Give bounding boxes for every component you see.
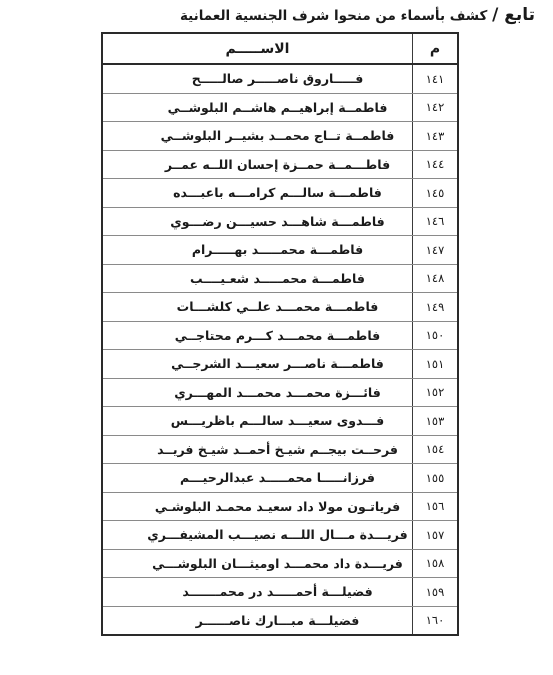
row-number: ١٥٠ (413, 321, 459, 350)
column-header-number: م (413, 33, 459, 64)
row-name: فضيلـــة أحمـــــد در محمـــــــد (102, 578, 413, 607)
row-number: ١٤١ (413, 64, 459, 93)
row-number: ١٥٤ (413, 435, 459, 464)
row-name: فريـــدة داد محمـــد اوميثـــان البلوشــ… (102, 549, 413, 578)
table-header-row: م الاســـــم (102, 33, 458, 64)
row-name: فاطمـــة محمـــــد بهـــــرام (102, 236, 413, 265)
table-row: ١٥٨فريـــدة داد محمـــد اوميثـــان البلو… (102, 549, 458, 578)
table-row: ١٤٧فاطمـــة محمـــــد بهـــــرام (102, 236, 458, 265)
table-row: ١٥٠فاطمـــة محمـــد كـــرم محتاجــي (102, 321, 458, 350)
document-title: تابع / كشف بأسماء من منحوا شرف الجنسية ا… (180, 4, 535, 27)
row-number: ١٤٦ (413, 207, 459, 236)
column-header-name: الاســـــم (102, 33, 413, 64)
table-row: ١٤١فـــــاروق ناصـــــر صالـــــح (102, 64, 458, 93)
row-number: ١٤٧ (413, 236, 459, 265)
table-row: ١٥٥فرزانـــــا محمـــــد عبدالرحيـــم (102, 464, 458, 493)
naturalization-names-table: م الاســـــم ١٤١فـــــاروق ناصـــــر صال… (101, 32, 459, 636)
row-name: فاطمـــة محمـــد علــي كلشـــات (102, 293, 413, 322)
row-number: ١٥٣ (413, 407, 459, 436)
row-name: فاطمــة إبراهيــم هاشــم البلوشــي (102, 93, 413, 122)
row-name: فـــــاروق ناصـــــر صالـــــح (102, 64, 413, 93)
row-number: ١٦٠ (413, 606, 459, 635)
row-name: فاطمــة تــاج محمــد بشيــر البلوشــي (102, 122, 413, 151)
row-name: فائـــزة محمـــد محمـــد المهـــري (102, 378, 413, 407)
row-number: ١٤٩ (413, 293, 459, 322)
table-row: ١٤٨فاطمـــة محمـــــد شعـيــــب (102, 264, 458, 293)
row-number: ١٥٥ (413, 464, 459, 493)
row-number: ١٤٢ (413, 93, 459, 122)
row-name: فاطمـــة ناصـــر سعيـــد الشرجــي (102, 350, 413, 379)
row-name: فرحــت بيجــم شيـخ أحمــد شيـخ فريــد (102, 435, 413, 464)
table-row: ١٥٩فضيلـــة أحمـــــد در محمـــــــد (102, 578, 458, 607)
table-row: ١٤٢فاطمــة إبراهيــم هاشــم البلوشــي (102, 93, 458, 122)
table-row: ١٥٦فرياتـون مولا داد سعيـد محمـد البلوشـ… (102, 492, 458, 521)
row-name: فاطمـــة شاهـــد حسيـــن رضـــوي (102, 207, 413, 236)
table-row: ١٤٩فاطمـــة محمـــد علــي كلشـــات (102, 293, 458, 322)
row-number: ١٥١ (413, 350, 459, 379)
row-number: ١٥٩ (413, 578, 459, 607)
row-name: فاطـــمــة حمــزة إحسان اللــه عمــر (102, 150, 413, 179)
title-text: كشف بأسماء من منحوا شرف الجنسية العمانية (180, 8, 492, 24)
row-number: ١٤٥ (413, 179, 459, 208)
table-row: ١٥٧فريـــدة مـــال اللـــه نصيـــب المشي… (102, 521, 458, 550)
table-row: ١٥٢فائـــزة محمـــد محمـــد المهـــري (102, 378, 458, 407)
row-number: ١٥٢ (413, 378, 459, 407)
row-name: فـــدوى سعيـــد سالـــم باظريـــس (102, 407, 413, 436)
row-name: فريـــدة مـــال اللـــه نصيـــب المشيفــ… (102, 521, 413, 550)
row-name: فاطمـــة سالـــم كرامـــه باعبـــده (102, 179, 413, 208)
row-name: فاطمـــة محمـــد كـــرم محتاجــي (102, 321, 413, 350)
table-row: ١٤٤فاطـــمــة حمــزة إحسان اللــه عمــر (102, 150, 458, 179)
table-row: ١٥٣فـــدوى سعيـــد سالـــم باظريـــس (102, 407, 458, 436)
row-number: ١٤٣ (413, 122, 459, 151)
table-row: ١٤٦فاطمـــة شاهـــد حسيـــن رضـــوي (102, 207, 458, 236)
row-number: ١٥٦ (413, 492, 459, 521)
row-number: ١٥٧ (413, 521, 459, 550)
table-row: ١٥١فاطمـــة ناصـــر سعيـــد الشرجــي (102, 350, 458, 379)
row-name: فرزانـــــا محمـــــد عبدالرحيـــم (102, 464, 413, 493)
row-number: ١٥٨ (413, 549, 459, 578)
table-row: ١٥٤فرحــت بيجــم شيـخ أحمــد شيـخ فريــد (102, 435, 458, 464)
row-name: فرياتـون مولا داد سعيـد محمـد البلوشـي (102, 492, 413, 521)
row-name: فاطمـــة محمـــــد شعـيــــب (102, 264, 413, 293)
table-row: ١٦٠فضيلـــة مبـــارك ناصــــــر (102, 606, 458, 635)
table-row: ١٤٣فاطمــة تــاج محمــد بشيــر البلوشــي (102, 122, 458, 151)
table-row: ١٤٥فاطمـــة سالـــم كرامـــه باعبـــده (102, 179, 458, 208)
row-number: ١٤٤ (413, 150, 459, 179)
row-number: ١٤٨ (413, 264, 459, 293)
row-name: فضيلـــة مبـــارك ناصــــــر (102, 606, 413, 635)
title-continued-label: تابع / (492, 5, 535, 25)
